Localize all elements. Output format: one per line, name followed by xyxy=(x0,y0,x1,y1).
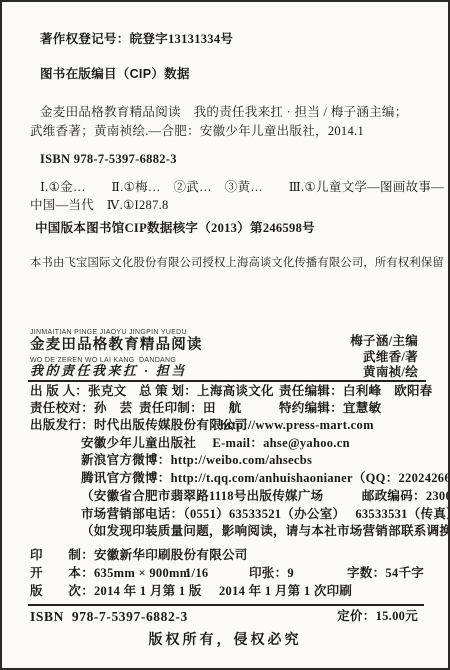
cip-classification-line2: 中国—当代 Ⅳ.①I287.8 xyxy=(30,199,169,212)
footer-price: 定价：15.00元 xyxy=(337,610,418,623)
publisher-distributor: 出版发行：时代出版传媒股份有限公司 xyxy=(30,419,248,432)
marketing-phone-row: 市场营销部电话：（0551）63533521（办公室） 63533531（传真） xyxy=(81,508,450,521)
publisher-email-row: 安徽少年儿童出版社 E-mail：ahse@yahoo.cn xyxy=(81,437,350,450)
divider-title-colophon xyxy=(28,380,426,382)
printer-row: 印 制：安徽新华印刷股份有限公司 xyxy=(30,549,248,562)
credit-illustrator: 黄南祯/绘 xyxy=(363,366,418,379)
series-title-pinyin: JINMAITIAN PINGE JIAOYU JINGPIN YUEDU xyxy=(30,329,187,336)
credit-chief-editor: 梅子涵/主编 xyxy=(350,335,418,348)
format-fraction: 1/16 xyxy=(185,567,208,580)
series-title: 金麦田品格教育精品阅读 xyxy=(30,338,203,353)
copyright-registration-number: 著作权登记号：皖登字13131334号 xyxy=(40,33,233,46)
cip-isbn: ISBN 978-7-5397-6882-3 xyxy=(40,153,177,166)
footer-isbn: ISBN 978-7-5397-6882-3 xyxy=(30,610,188,624)
cip-title-line1: 金麦田品格教育精品阅读 我的责任我来扛 · 担当 / 梅子涵主编； xyxy=(40,106,408,119)
credit-author: 武维香/著 xyxy=(363,351,418,364)
cip-title-line2: 武维香著；黄南祯绘.—合肥：安徽少年儿童出版社，2014.1 xyxy=(30,125,364,138)
word-count: 字数：54千字 xyxy=(347,567,424,580)
publisher-website: http://www.press-mart.com xyxy=(220,419,374,432)
copyright-notice: 版权所有，侵权必究 xyxy=(2,632,448,646)
divider-footer xyxy=(28,604,424,606)
chief-planner: 总 策 划：上海高谈文化 xyxy=(139,385,274,398)
publisher-address-row: （安徽省合肥市翡翠路1118号出版传媒广场 邮政编码：230071） xyxy=(81,490,450,503)
responsible-editor: 责任编辑：白利峰 欧阳春 xyxy=(279,385,433,398)
cip-classification-line1: Ⅰ.①金… Ⅱ.①梅… ②武… ③黄… Ⅲ.①儿童文学—图画故事— xyxy=(40,181,444,194)
tencent-weibo-row: 腾讯官方微博：http://t.qq.com/anhuishaonianer（Q… xyxy=(81,472,450,485)
contract-editor: 特约编辑：宜慧敏 xyxy=(279,402,381,415)
license-statement: 本书由飞宝国际文化股份有限公司授权上海高谈文化传播有限公司，所有权利保留 xyxy=(30,258,444,269)
printed-sheets: 印张：9 xyxy=(249,567,294,580)
sina-weibo-row: 新浪官方微博：http://weibo.com/ahsecbs xyxy=(81,454,312,467)
book-copyright-page: 著作权登记号：皖登字13131334号 图书在版编目（CIP）数据 金麦田品格教… xyxy=(0,0,450,670)
proofreader: 责任校对：孙 芸 xyxy=(30,402,132,415)
publisher-person: 出 版 人：张克文 xyxy=(30,385,126,398)
book-title: 我的责任我来扛 · 担当 xyxy=(30,364,187,377)
quality-notice-row: （如发现印装质量问题，影响阅读，请与本社市场营销部联系调换） xyxy=(81,525,450,538)
print-supervisor: 责任印制：田 航 xyxy=(139,402,241,415)
edition-row: 版 次：2014 年 1 月第 1 版 xyxy=(30,585,202,598)
cip-record-number: 中国版本图书馆CIP数据核字（2013）第246598号 xyxy=(35,222,315,235)
format-row: 开 本：635mm × 900mm xyxy=(30,567,190,580)
cip-heading: 图书在版编目（CIP）数据 xyxy=(40,68,190,81)
printing-run: 2014 年 1 月第 1 次印刷 xyxy=(219,585,352,598)
